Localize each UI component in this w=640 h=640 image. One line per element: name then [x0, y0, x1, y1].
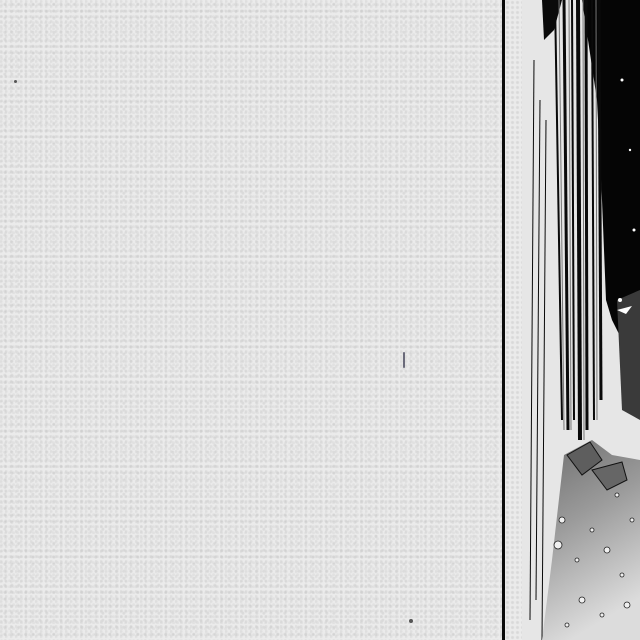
- illustration-panel: [522, 0, 640, 640]
- ink-speck: [14, 80, 17, 83]
- panel-gutter: [505, 0, 522, 640]
- blank-textured-page: [0, 0, 502, 640]
- ink-speck: [409, 619, 413, 623]
- illustration-artwork: [522, 0, 640, 640]
- ink-speck: [403, 352, 405, 368]
